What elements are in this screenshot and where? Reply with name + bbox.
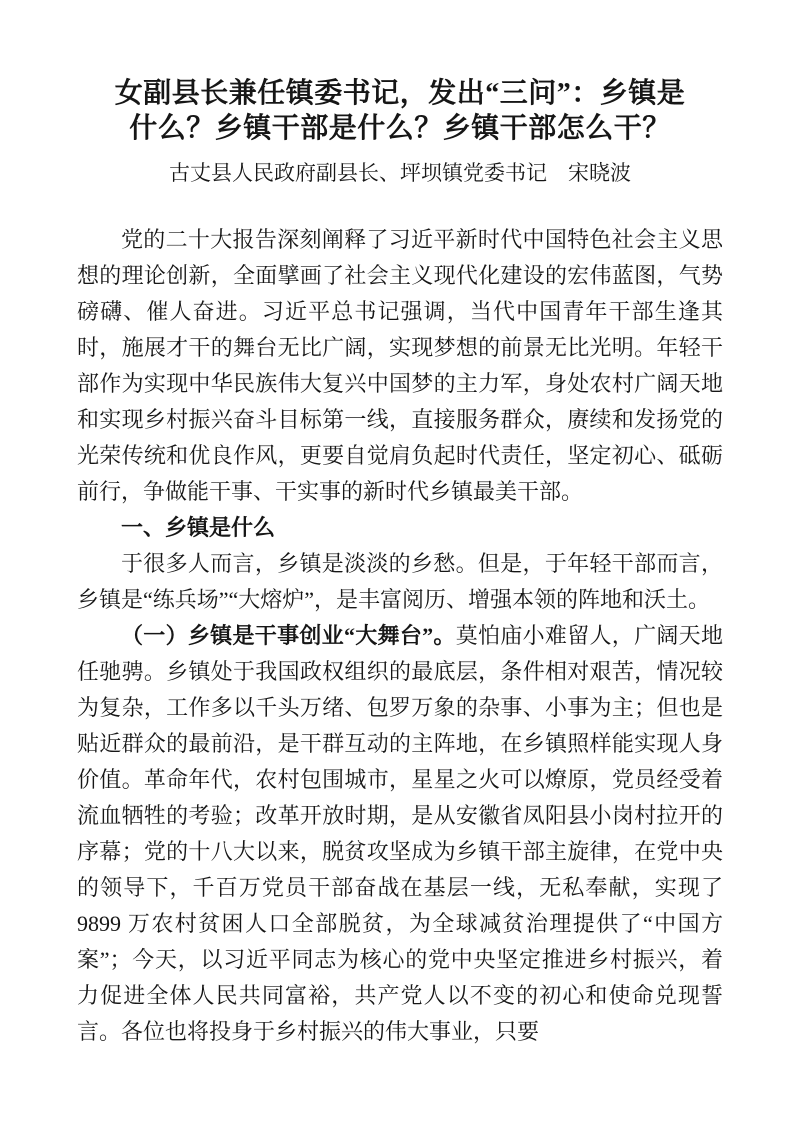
intro-paragraph: 党的二十大报告深刻阐释了习近平新时代中国特色社会主义思想的理论创新，全面擘画了社…	[77, 222, 723, 510]
document-page: 女副县长兼任镇委书记，发出“三问”：乡镇是 什么？乡镇干部是什么？乡镇干部怎么干…	[0, 0, 800, 1131]
byline: 古丈县人民政府副县长、坪坝镇党委书记 宋晓波	[77, 160, 723, 186]
article-title-line-1: 女副县长兼任镇委书记，发出“三问”：乡镇是	[63, 76, 737, 111]
section-1-paragraph: 于很多人而言，乡镇是淡淡的乡愁。但是，于年轻干部而言，乡镇是“练兵场”“大熔炉”…	[77, 546, 723, 618]
article-title: 女副县长兼任镇委书记，发出“三问”：乡镇是 什么？乡镇干部是什么？乡镇干部怎么干…	[63, 76, 737, 146]
section-1-sub-1-paragraph: （一）乡镇是干事创业“大舞台”。莫怕庙小难留人，广阔天地任驰骋。乡镇处于我国政权…	[77, 618, 723, 1050]
article-body: 党的二十大报告深刻阐释了习近平新时代中国特色社会主义思想的理论创新，全面擘画了社…	[77, 222, 723, 1050]
section-1-sub-1-text: 莫怕庙小难留人，广阔天地任驰骋。乡镇处于我国政权组织的最底层，条件相对艰苦，情况…	[77, 623, 723, 1044]
section-1-heading: 一、乡镇是什么	[77, 510, 723, 546]
section-1-sub-1-lead: （一）乡镇是干事创业“大舞台”。	[121, 623, 456, 648]
article-title-line-2: 什么？乡镇干部是什么？乡镇干部怎么干？	[63, 111, 737, 146]
